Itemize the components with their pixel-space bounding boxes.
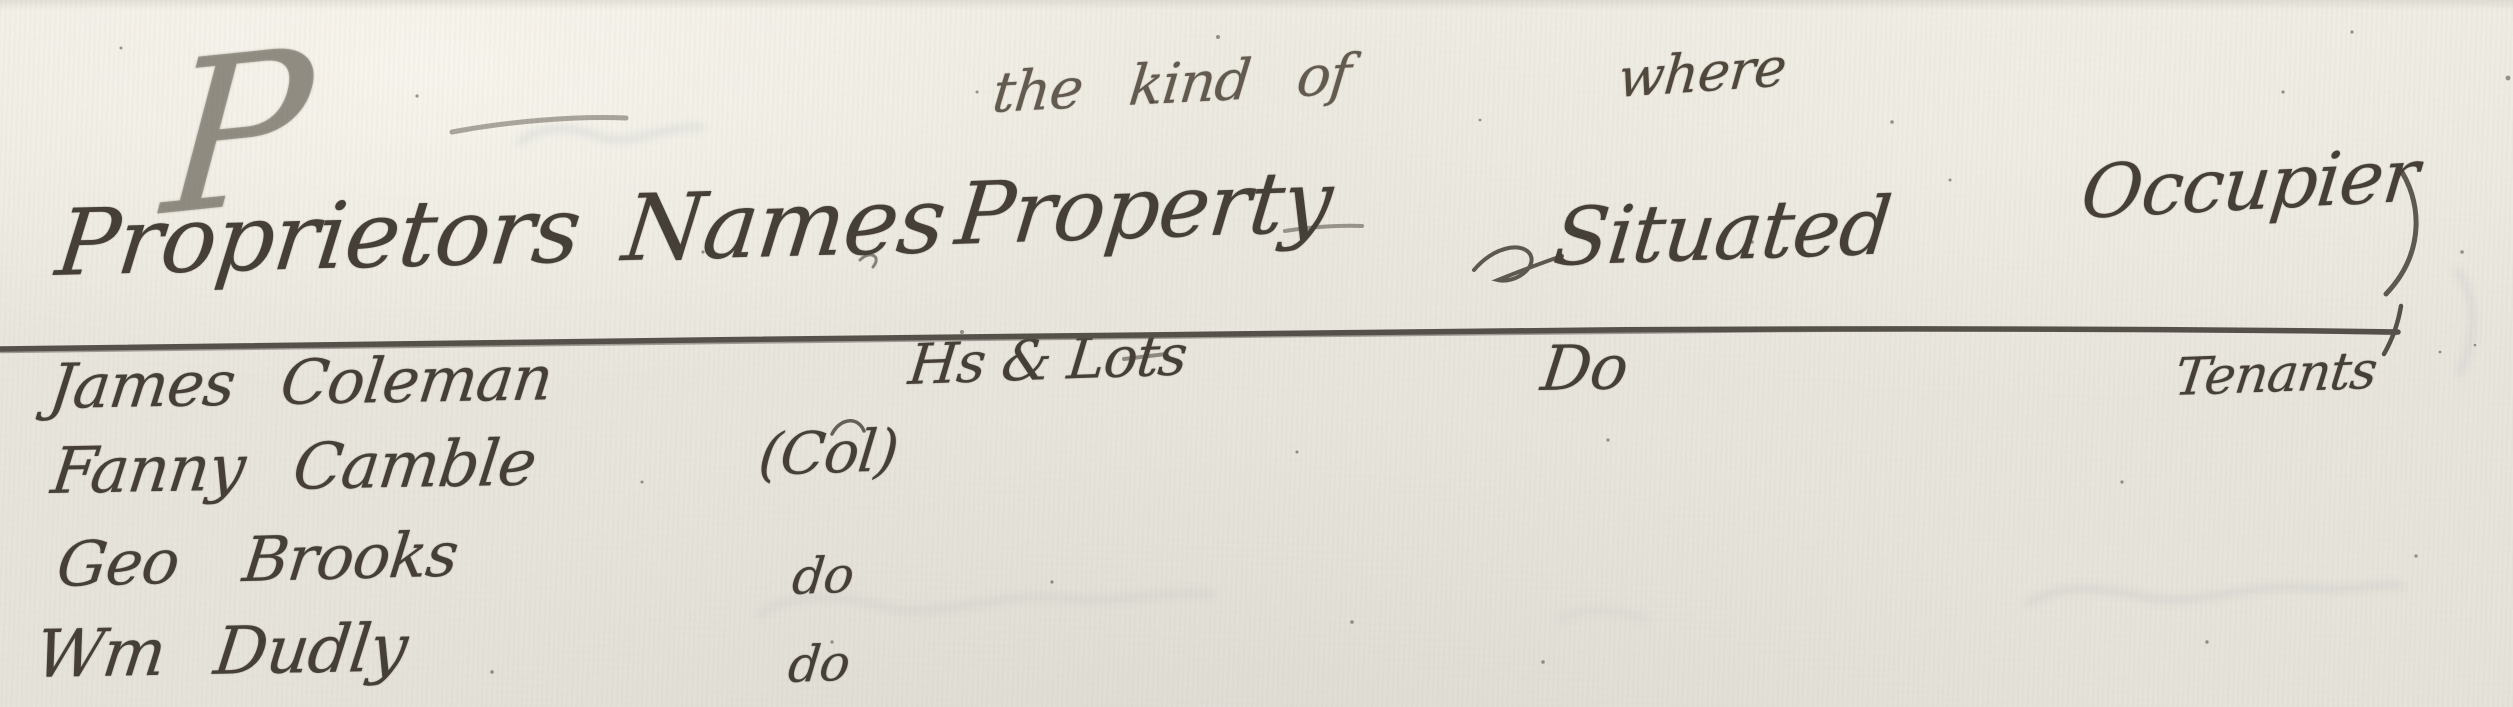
- row1-situated-ditto: Do: [1538, 337, 1631, 400]
- column-header-situated-line1: where: [1616, 41, 1788, 106]
- row1-occupier: Tenants: [2172, 345, 2379, 404]
- header-rule-end-flick: [2384, 306, 2401, 354]
- row2-proprietor-name: Fanny Camble: [48, 432, 539, 504]
- column-header-property-line2: Property: [952, 159, 1336, 258]
- row2-property-note: (Col): [756, 421, 901, 484]
- row1-proprietor-name: James Coleman: [46, 347, 556, 418]
- bleed-through-mark: [2458, 272, 2473, 372]
- column-header-proprietors-names: Proprietors Names: [52, 175, 950, 290]
- bleed-through-mark: [2030, 585, 2400, 602]
- row3-property-ditto: do: [790, 550, 856, 602]
- scanned-ledger-page: P Proprietors Names the kind of Property…: [0, 0, 2513, 707]
- bleed-through-mark: [1560, 611, 1644, 620]
- bleed-through-mark: [520, 128, 700, 142]
- row4-proprietor-name: Wm Dudly: [32, 616, 410, 688]
- column-header-occupier: Occupier: [2078, 139, 2422, 230]
- situated-leading-flourish: [1474, 247, 1562, 280]
- row4-property-ditto: do: [786, 638, 852, 690]
- row1-property-kind: Hs & Lots: [906, 328, 1189, 394]
- row3-proprietor-name: Geo Brooks: [54, 524, 461, 596]
- column-header-situated-line2: Situated: [1550, 186, 1894, 278]
- column-header-property-line1: the kind of: [990, 48, 1353, 122]
- ornament-swash-dash: [452, 118, 626, 132]
